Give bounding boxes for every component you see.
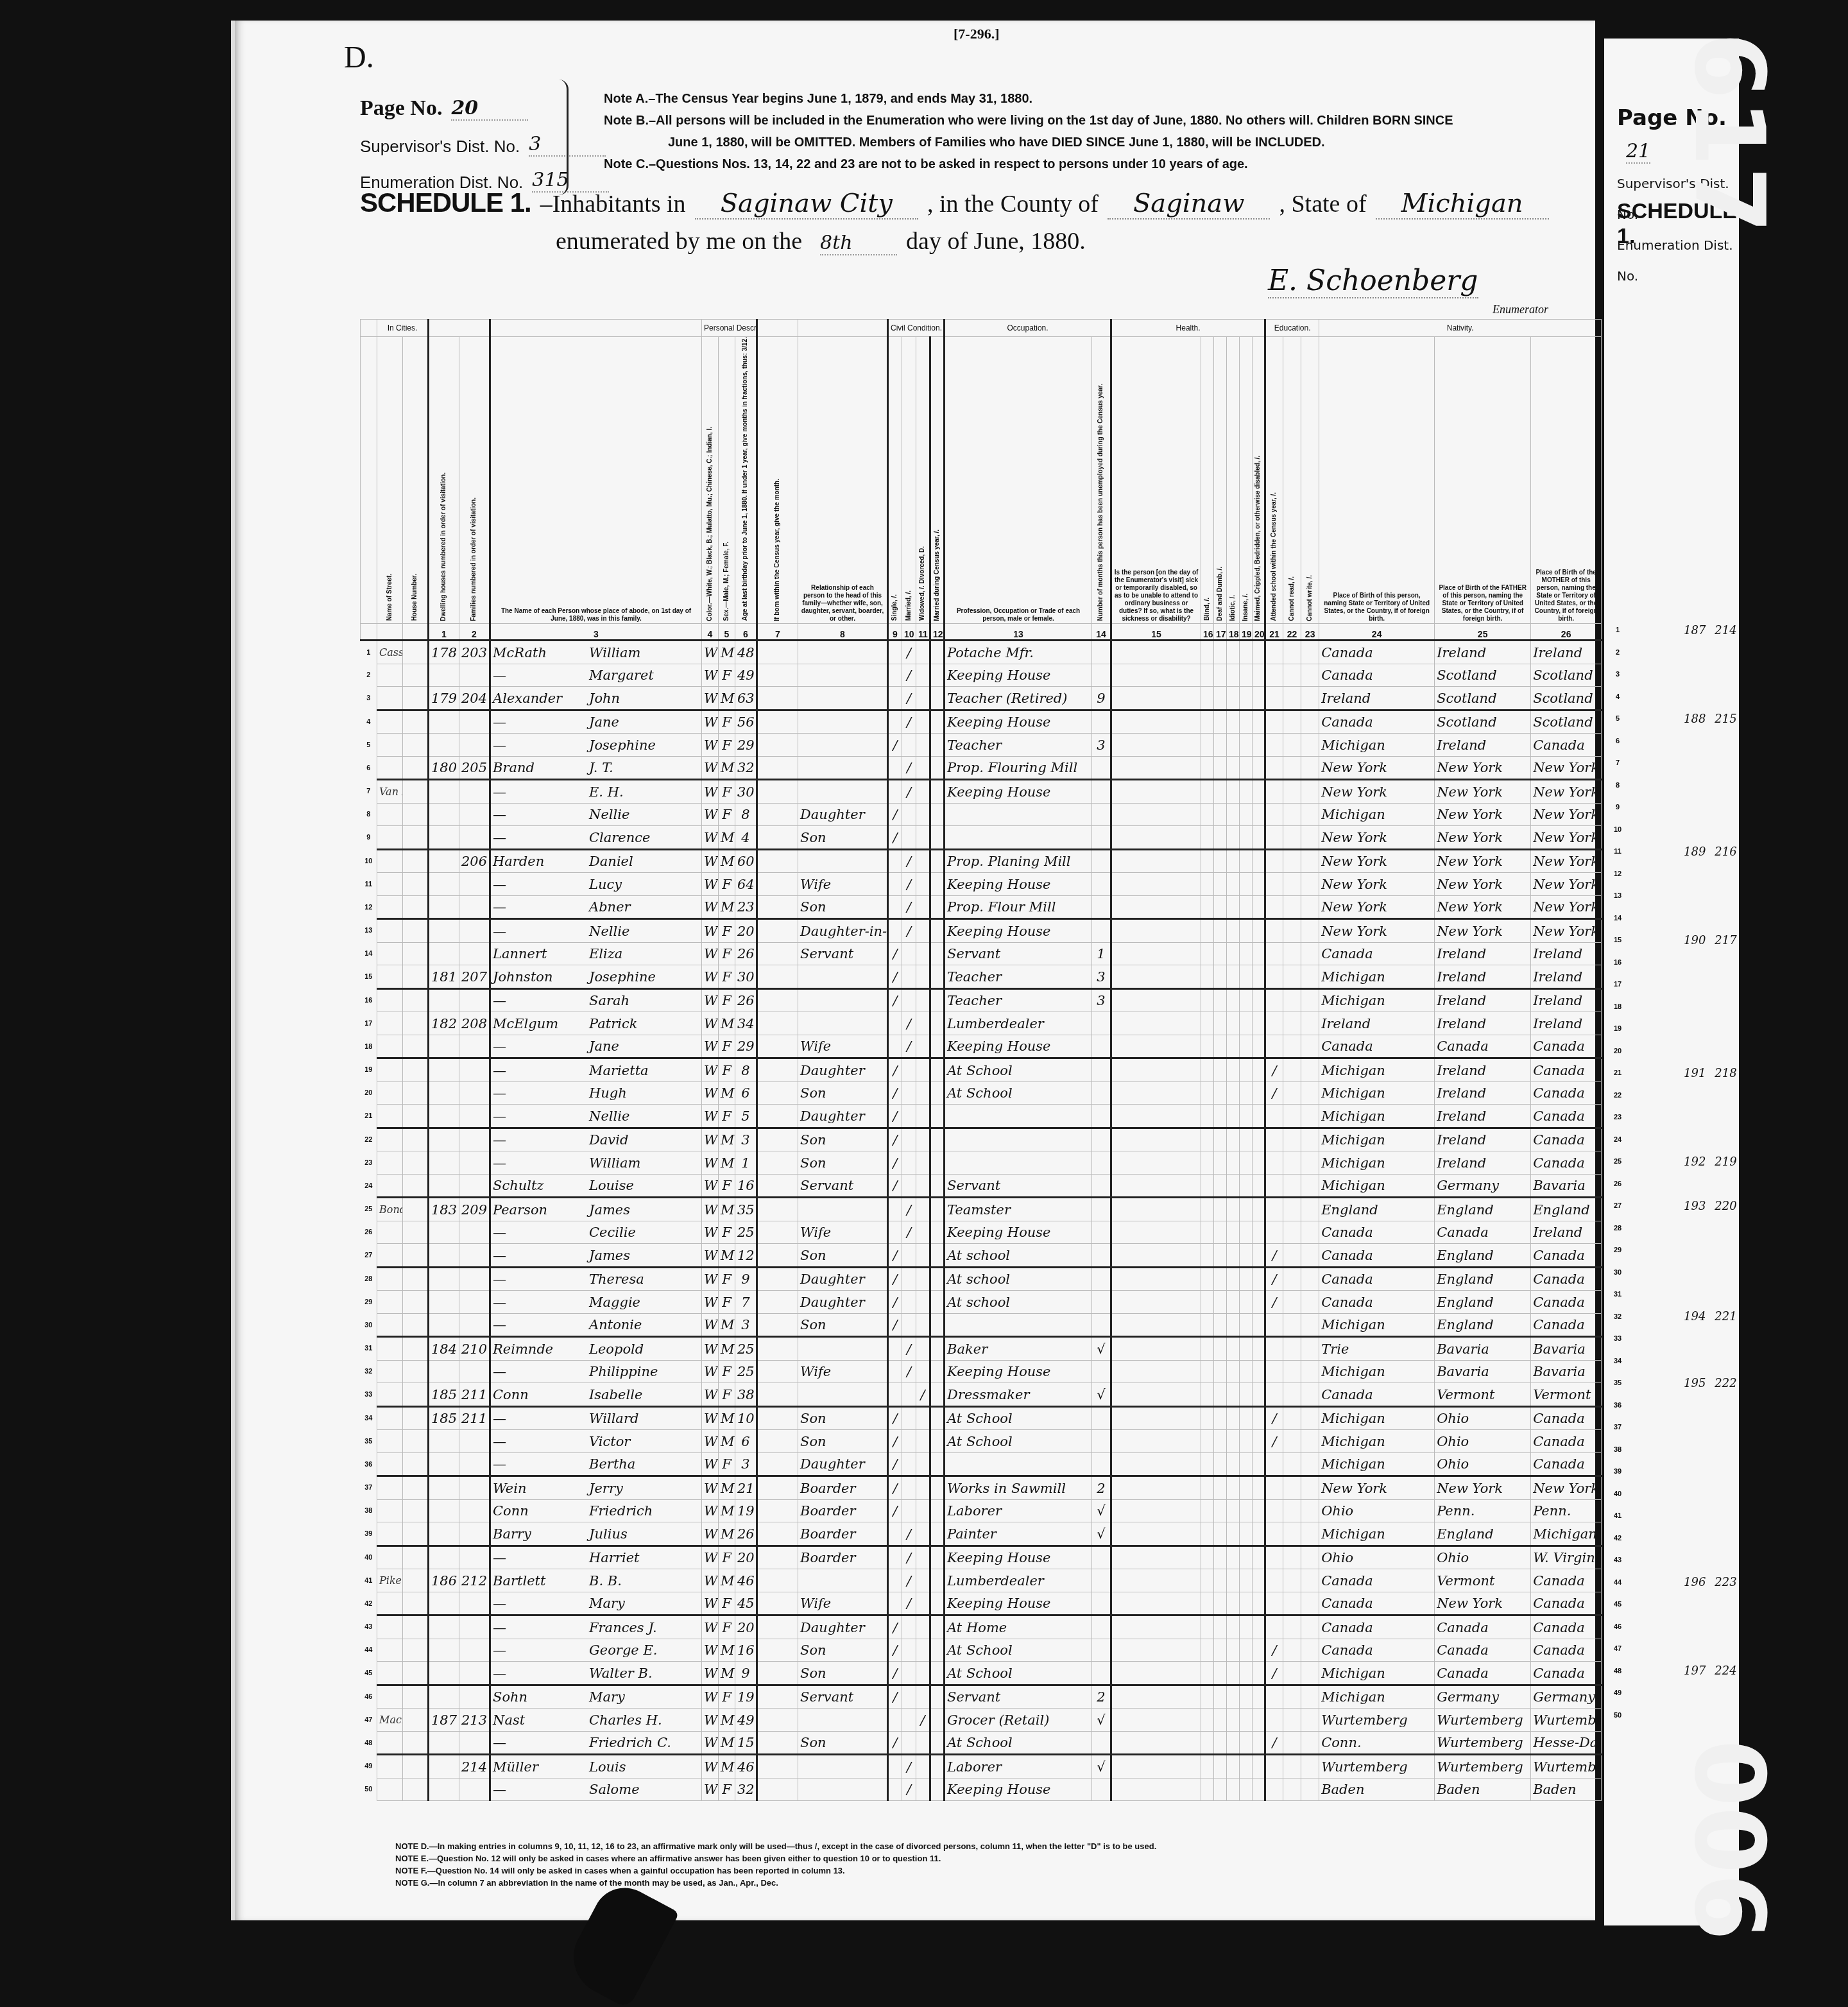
cell-father: Ireland bbox=[1435, 1012, 1531, 1035]
cell-color: W bbox=[702, 803, 719, 826]
day-value: 8th bbox=[820, 232, 897, 255]
cell-birth: Michigan bbox=[1319, 734, 1435, 757]
cell-age: 32 bbox=[735, 756, 757, 780]
cell-read bbox=[1283, 1569, 1301, 1592]
cell-widowed bbox=[916, 780, 930, 804]
cell-maimed bbox=[1253, 1105, 1265, 1128]
cell-idiotic bbox=[1227, 641, 1240, 664]
cell-sick bbox=[1111, 641, 1201, 664]
cell-unemployed: 1 bbox=[1092, 942, 1111, 965]
cell-read bbox=[1283, 965, 1301, 989]
adjacent-row: 36 bbox=[1608, 1395, 1737, 1417]
cell-married bbox=[902, 1058, 916, 1082]
surname: — bbox=[493, 1295, 589, 1310]
cell-age: 16 bbox=[735, 1174, 757, 1198]
cell-read bbox=[1283, 641, 1301, 664]
given-name: William bbox=[589, 1155, 641, 1171]
cell-born bbox=[757, 1499, 798, 1522]
cell-sex: F bbox=[719, 664, 735, 687]
given-name: William bbox=[589, 645, 641, 660]
cell-write bbox=[1301, 1012, 1319, 1035]
given-name: Salome bbox=[589, 1782, 640, 1797]
cell-born bbox=[757, 1058, 798, 1082]
cell-street bbox=[377, 1546, 403, 1569]
cell-write bbox=[1301, 1452, 1319, 1476]
cell-deaf bbox=[1214, 1221, 1227, 1244]
cell-house bbox=[403, 1778, 429, 1801]
cell-write bbox=[1301, 1337, 1319, 1361]
cell-sex: F bbox=[719, 1452, 735, 1476]
cell-color: W bbox=[702, 1128, 719, 1151]
cell-idiotic bbox=[1227, 1592, 1240, 1615]
adjacent-dwelling: 196 bbox=[1684, 1576, 1706, 1589]
cell-write bbox=[1301, 1615, 1319, 1639]
cell-blind bbox=[1201, 664, 1214, 687]
cell-myear bbox=[930, 1662, 945, 1685]
cell-age: 19 bbox=[735, 1685, 757, 1709]
cell-birth: Michigan bbox=[1319, 1430, 1435, 1453]
cell-married: / bbox=[902, 1569, 916, 1592]
cell-married bbox=[902, 803, 916, 826]
adjacent-row: 22 bbox=[1608, 1085, 1737, 1107]
cell-birth: Ohio bbox=[1319, 1546, 1435, 1569]
cell-school bbox=[1265, 687, 1283, 711]
cell-unemployed: 3 bbox=[1092, 965, 1111, 989]
cell-married bbox=[902, 1128, 916, 1151]
cell-married: / bbox=[902, 687, 916, 711]
cell-maimed bbox=[1253, 1313, 1265, 1337]
cell-insane bbox=[1240, 849, 1253, 873]
cell-family bbox=[459, 1499, 490, 1522]
cell-unemployed bbox=[1092, 1035, 1111, 1058]
cell-married bbox=[902, 1615, 916, 1639]
cell-read bbox=[1283, 1592, 1301, 1615]
cell-street bbox=[377, 1383, 403, 1407]
cell-sex: M bbox=[719, 1430, 735, 1453]
cell-line: 41 bbox=[361, 1569, 377, 1592]
surname: Pearson bbox=[493, 1202, 589, 1218]
cell-myear bbox=[930, 1198, 945, 1221]
cell-read bbox=[1283, 1105, 1301, 1128]
table-row: 16—SarahWF26/Teacher3MichiganIrelandIrel… bbox=[361, 988, 1602, 1012]
cell-blind bbox=[1201, 641, 1214, 664]
cell-insane bbox=[1240, 1778, 1253, 1801]
surname: — bbox=[493, 737, 589, 753]
cell-sick bbox=[1111, 1452, 1201, 1476]
cell-idiotic bbox=[1227, 965, 1240, 989]
cell-married: / bbox=[902, 756, 916, 780]
cell-street bbox=[377, 1221, 403, 1244]
cell-relation bbox=[798, 849, 888, 873]
given-name: Friedrich bbox=[589, 1503, 653, 1519]
cell-dwelling: 185 bbox=[429, 1406, 459, 1430]
cell-street bbox=[377, 1291, 403, 1314]
cell-birth: Canada bbox=[1319, 1592, 1435, 1615]
cell-married: / bbox=[902, 664, 916, 687]
cell-occupation: Prop. Flour Mill bbox=[945, 895, 1092, 919]
cell-school bbox=[1265, 710, 1283, 734]
cell-sick bbox=[1111, 1685, 1201, 1709]
given-name: Josephine bbox=[589, 969, 656, 985]
cell-born bbox=[757, 1569, 798, 1592]
cell-single: / bbox=[888, 826, 902, 850]
cell-write bbox=[1301, 1546, 1319, 1569]
cell-widowed bbox=[916, 687, 930, 711]
adjacent-family: 217 bbox=[1715, 934, 1736, 947]
cell-sex: M bbox=[719, 1755, 735, 1779]
cell-write bbox=[1301, 1685, 1319, 1709]
cell-dwelling bbox=[429, 734, 459, 757]
cell-married bbox=[902, 965, 916, 989]
cell-occupation: Keeping House bbox=[945, 1035, 1092, 1058]
cell-name: —Lucy bbox=[490, 873, 702, 896]
col-dwelling: Dwelling houses numbered in order of vis… bbox=[429, 337, 459, 624]
adjacent-row: 42 bbox=[1608, 1528, 1737, 1550]
cell-insane bbox=[1240, 1244, 1253, 1268]
cell-write bbox=[1301, 1244, 1319, 1268]
cell-occupation: At Home bbox=[945, 1615, 1092, 1639]
cell-street bbox=[377, 710, 403, 734]
cell-color: W bbox=[702, 687, 719, 711]
cell-line: 21 bbox=[361, 1105, 377, 1128]
cell-mother: Penn. bbox=[1531, 1499, 1602, 1522]
page-no-value: 20 bbox=[451, 97, 528, 121]
line-number: 27 bbox=[1608, 1202, 1627, 1210]
cell-born bbox=[757, 1035, 798, 1058]
cell-house bbox=[403, 1546, 429, 1569]
cell-family: 209 bbox=[459, 1198, 490, 1221]
cell-blind bbox=[1201, 826, 1214, 850]
cell-mother: Canada bbox=[1531, 1662, 1602, 1685]
cell-widowed bbox=[916, 1522, 930, 1546]
cell-school bbox=[1265, 1035, 1283, 1058]
cell-school bbox=[1265, 1383, 1283, 1407]
cell-sex: M bbox=[719, 1522, 735, 1546]
cell-name: —Frances J. bbox=[490, 1615, 702, 1639]
line-number: 4 bbox=[1608, 693, 1627, 701]
cell-idiotic bbox=[1227, 780, 1240, 804]
cell-dwelling: 187 bbox=[429, 1709, 459, 1732]
cell-father: Ohio bbox=[1435, 1430, 1531, 1453]
cell-married bbox=[902, 1151, 916, 1175]
cell-street bbox=[377, 1035, 403, 1058]
cell-school bbox=[1265, 988, 1283, 1012]
cell-age: 48 bbox=[735, 641, 757, 664]
table-row: 42—MaryWF45Wife/Keeping HouseCanadaNew Y… bbox=[361, 1592, 1602, 1615]
cell-occupation: At School bbox=[945, 1081, 1092, 1105]
cell-myear bbox=[930, 803, 945, 826]
cell-occupation: Teacher bbox=[945, 965, 1092, 989]
cell-family bbox=[459, 1058, 490, 1082]
cell-write bbox=[1301, 1267, 1319, 1291]
cell-street: Van Buren Street bbox=[377, 780, 403, 804]
given-name: Theresa bbox=[589, 1271, 644, 1287]
cell-maimed bbox=[1253, 919, 1265, 943]
cell-dwelling bbox=[429, 919, 459, 943]
cell-widowed bbox=[916, 1592, 930, 1615]
page-metadata: Page No.20 Supervisor's Dist. No.3 Enume… bbox=[360, 85, 609, 193]
cell-name: —Antonie bbox=[490, 1313, 702, 1337]
cell-family bbox=[459, 873, 490, 896]
line-number: 10 bbox=[1608, 826, 1627, 834]
state-value: Michigan bbox=[1376, 189, 1549, 220]
cell-married: / bbox=[902, 1546, 916, 1569]
cell-idiotic bbox=[1227, 803, 1240, 826]
given-name: Cecilie bbox=[589, 1225, 636, 1240]
cell-widowed bbox=[916, 734, 930, 757]
cell-house bbox=[403, 1105, 429, 1128]
cell-school bbox=[1265, 965, 1283, 989]
cell-line: 13 bbox=[361, 919, 377, 943]
cell-color: W bbox=[702, 1058, 719, 1082]
cell-insane bbox=[1240, 1313, 1253, 1337]
cell-myear bbox=[930, 1685, 945, 1709]
cell-sex: M bbox=[719, 1128, 735, 1151]
cell-sick bbox=[1111, 1337, 1201, 1361]
cell-relation: Boarder bbox=[798, 1522, 888, 1546]
cell-idiotic bbox=[1227, 1499, 1240, 1522]
cell-idiotic bbox=[1227, 734, 1240, 757]
cell-maimed bbox=[1253, 1337, 1265, 1361]
page-no-label: Page No. bbox=[360, 96, 442, 121]
cell-street bbox=[377, 1244, 403, 1268]
cell-sex: F bbox=[719, 919, 735, 943]
cell-blind bbox=[1201, 942, 1214, 965]
cell-sick bbox=[1111, 1778, 1201, 1801]
cell-single bbox=[888, 1546, 902, 1569]
cell-sex: F bbox=[719, 942, 735, 965]
cell-school bbox=[1265, 1592, 1283, 1615]
cell-birth: Canada bbox=[1319, 1639, 1435, 1662]
adjacent-row: 7 bbox=[1608, 752, 1737, 775]
cell-blind bbox=[1201, 1476, 1214, 1500]
given-name: Nellie bbox=[589, 807, 629, 822]
cell-write bbox=[1301, 1778, 1319, 1801]
cell-occupation bbox=[945, 1313, 1092, 1337]
cell-married bbox=[902, 734, 916, 757]
cell-relation: Son bbox=[798, 1430, 888, 1453]
cell-widowed bbox=[916, 1546, 930, 1569]
adjacent-row: 6 bbox=[1608, 730, 1737, 753]
enumerator-label: Enumerator bbox=[1493, 303, 1548, 316]
cell-unemployed bbox=[1092, 1615, 1111, 1639]
cell-relation: Servant bbox=[798, 1174, 888, 1198]
inhabitants-label: –Inhabitants in bbox=[540, 190, 686, 218]
cell-dwelling: 184 bbox=[429, 1337, 459, 1361]
cell-house bbox=[403, 988, 429, 1012]
cell-born bbox=[757, 988, 798, 1012]
cell-father: Germany bbox=[1435, 1174, 1531, 1198]
given-name: Mary bbox=[589, 1689, 625, 1705]
cell-birth: Wurtemberg bbox=[1319, 1709, 1435, 1732]
thumb-shadow bbox=[560, 1877, 680, 2007]
col-birth-father: Place of Birth of the FATHER of this per… bbox=[1435, 337, 1531, 624]
cell-read bbox=[1283, 1731, 1301, 1755]
cell-color: W bbox=[702, 1291, 719, 1314]
adjacent-row: 16 bbox=[1608, 952, 1737, 974]
cell-deaf bbox=[1214, 849, 1227, 873]
cell-blind bbox=[1201, 1035, 1214, 1058]
cell-street bbox=[377, 1499, 403, 1522]
cell-color: W bbox=[702, 1267, 719, 1291]
cell-father: Ohio bbox=[1435, 1546, 1531, 1569]
cell-birth: New York bbox=[1319, 826, 1435, 850]
cell-write bbox=[1301, 895, 1319, 919]
cell-idiotic bbox=[1227, 1081, 1240, 1105]
cell-mother: W. Virginia bbox=[1531, 1546, 1602, 1569]
given-name: Louise bbox=[589, 1178, 634, 1193]
cell-single: / bbox=[888, 803, 902, 826]
cell-write bbox=[1301, 965, 1319, 989]
cell-name: —Maggie bbox=[490, 1291, 702, 1314]
adjacent-dwelling: 193 bbox=[1684, 1200, 1706, 1213]
cell-relation: Son bbox=[798, 1151, 888, 1175]
table-row: 1Cass Street178203McRathWilliamWM48/Pota… bbox=[361, 641, 1602, 664]
cell-unemployed bbox=[1092, 1662, 1111, 1685]
cell-birth: New York bbox=[1319, 895, 1435, 919]
cell-unemployed: √ bbox=[1092, 1499, 1111, 1522]
adjacent-row: 43 bbox=[1608, 1549, 1737, 1572]
cell-unemployed bbox=[1092, 664, 1111, 687]
cell-street bbox=[377, 1174, 403, 1198]
cell-occupation: Keeping House bbox=[945, 1778, 1092, 1801]
cell-single: / bbox=[888, 1151, 902, 1175]
cell-relation bbox=[798, 1709, 888, 1732]
cell-read bbox=[1283, 1221, 1301, 1244]
cell-color: W bbox=[702, 1035, 719, 1058]
cell-sex: F bbox=[719, 965, 735, 989]
cell-age: 8 bbox=[735, 1058, 757, 1082]
cell-read bbox=[1283, 780, 1301, 804]
given-name: Philippine bbox=[589, 1364, 658, 1379]
given-name: Jane bbox=[589, 1038, 619, 1054]
cell-read bbox=[1283, 1313, 1301, 1337]
given-name: Patrick bbox=[589, 1016, 637, 1031]
cell-relation: Daughter bbox=[798, 1452, 888, 1476]
cell-sick bbox=[1111, 873, 1201, 896]
line-number: 40 bbox=[1608, 1490, 1627, 1498]
cell-street: Mackinaw Street bbox=[377, 1709, 403, 1732]
cell-unemployed bbox=[1092, 1105, 1111, 1128]
table-row: 26—CecilieWF25Wife/Keeping HouseCanadaCa… bbox=[361, 1221, 1602, 1244]
cell-sick bbox=[1111, 710, 1201, 734]
cell-idiotic bbox=[1227, 1035, 1240, 1058]
cell-school bbox=[1265, 1755, 1283, 1779]
cell-line: 45 bbox=[361, 1662, 377, 1685]
cell-write bbox=[1301, 1522, 1319, 1546]
cell-deaf bbox=[1214, 1778, 1227, 1801]
cell-maimed bbox=[1253, 1685, 1265, 1709]
cell-school bbox=[1265, 1452, 1283, 1476]
cell-age: 1 bbox=[735, 1151, 757, 1175]
cell-born bbox=[757, 1522, 798, 1546]
line-number: 46 bbox=[1608, 1623, 1627, 1631]
adjacent-row: 37 bbox=[1608, 1417, 1737, 1439]
cell-born bbox=[757, 664, 798, 687]
cell-blind bbox=[1201, 1128, 1214, 1151]
cell-age: 46 bbox=[735, 1755, 757, 1779]
cell-color: W bbox=[702, 1709, 719, 1732]
cell-idiotic bbox=[1227, 1778, 1240, 1801]
cell-line: 27 bbox=[361, 1244, 377, 1268]
cell-dwelling: 182 bbox=[429, 1012, 459, 1035]
cell-born bbox=[757, 1452, 798, 1476]
cell-read bbox=[1283, 873, 1301, 896]
cell-insane bbox=[1240, 1128, 1253, 1151]
cell-color: W bbox=[702, 1731, 719, 1755]
cell-relation: Daughter bbox=[798, 1267, 888, 1291]
cell-deaf bbox=[1214, 1337, 1227, 1361]
surname: Müller bbox=[493, 1759, 589, 1775]
cell-family: 203 bbox=[459, 641, 490, 664]
cell-single: / bbox=[888, 1430, 902, 1453]
cell-born bbox=[757, 1476, 798, 1500]
cell-blind bbox=[1201, 780, 1214, 804]
cell-street bbox=[377, 942, 403, 965]
cell-line: 18 bbox=[361, 1035, 377, 1058]
film-stamp-bottom: 006 bbox=[1672, 1739, 1784, 1940]
cell-name: —James bbox=[490, 1244, 702, 1268]
cell-born bbox=[757, 1105, 798, 1128]
cell-sick bbox=[1111, 988, 1201, 1012]
cell-insane bbox=[1240, 1383, 1253, 1407]
cell-birth: Canada bbox=[1319, 942, 1435, 965]
table-row: 10206HardenDanielWM60/Prop. Planing Mill… bbox=[361, 849, 1602, 873]
cell-single bbox=[888, 687, 902, 711]
cell-father: Wurtemberg bbox=[1435, 1755, 1531, 1779]
cell-age: 64 bbox=[735, 873, 757, 896]
table-row: 4—JaneWF56/Keeping HouseCanadaScotlandSc… bbox=[361, 710, 1602, 734]
cell-school bbox=[1265, 1685, 1283, 1709]
cell-sick bbox=[1111, 1105, 1201, 1128]
cell-insane bbox=[1240, 942, 1253, 965]
cell-occupation bbox=[945, 1128, 1092, 1151]
cell-maimed bbox=[1253, 1128, 1265, 1151]
cell-write bbox=[1301, 1476, 1319, 1500]
cell-age: 34 bbox=[735, 1012, 757, 1035]
surname: — bbox=[493, 1085, 589, 1101]
cell-read bbox=[1283, 849, 1301, 873]
cell-married bbox=[902, 1383, 916, 1407]
cell-occupation bbox=[945, 826, 1092, 850]
cell-school bbox=[1265, 895, 1283, 919]
supervisor-label: Supervisor's Dist. No. bbox=[360, 137, 520, 157]
cell-name: —Cecilie bbox=[490, 1221, 702, 1244]
cell-insane bbox=[1240, 1476, 1253, 1500]
cell-born bbox=[757, 873, 798, 896]
cell-insane bbox=[1240, 780, 1253, 804]
cell-age: 29 bbox=[735, 1035, 757, 1058]
cell-widowed bbox=[916, 965, 930, 989]
cell-myear bbox=[930, 1430, 945, 1453]
cell-insane bbox=[1240, 873, 1253, 896]
cell-color: W bbox=[702, 664, 719, 687]
cell-house bbox=[403, 641, 429, 664]
cell-occupation: At school bbox=[945, 1291, 1092, 1314]
cell-blind bbox=[1201, 1569, 1214, 1592]
cell-street bbox=[377, 1105, 403, 1128]
cell-mother: Bavaria bbox=[1531, 1174, 1602, 1198]
table-row: 45—Walter B.WM9Son/At School/MichiganCan… bbox=[361, 1662, 1602, 1685]
cell-deaf bbox=[1214, 1058, 1227, 1082]
cell-father: Bavaria bbox=[1435, 1337, 1531, 1361]
surname: Bartlett bbox=[493, 1573, 589, 1589]
cell-family bbox=[459, 1546, 490, 1569]
cell-dwelling bbox=[429, 873, 459, 896]
cell-relation bbox=[798, 1337, 888, 1361]
cell-occupation: Keeping House bbox=[945, 873, 1092, 896]
adjacent-row: 33 bbox=[1608, 1328, 1737, 1350]
